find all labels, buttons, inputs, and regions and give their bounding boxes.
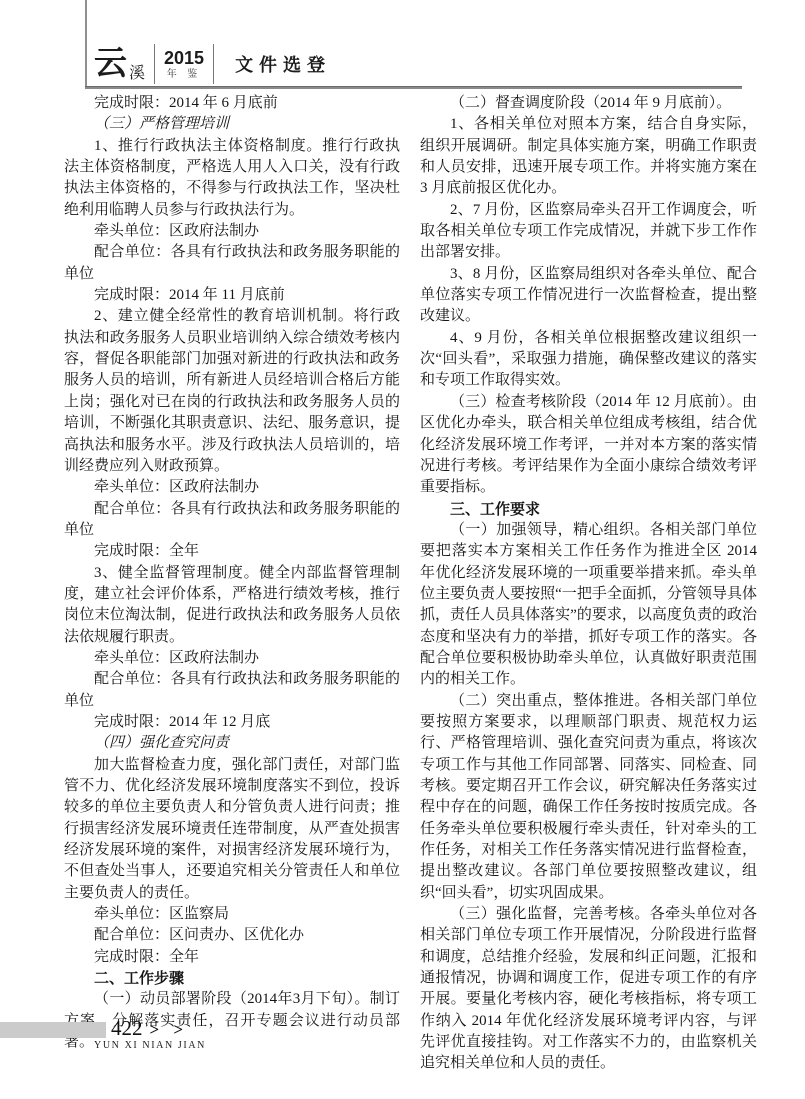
logo-sub-char: 溪 bbox=[129, 60, 145, 86]
paragraph: 3、健全监督管理制度。健全内部监督管理制度，建立社会评价体系，严格进行绩效考核，… bbox=[64, 563, 400, 648]
paragraph: 2、建立健全经常性的教育培训机制。将行政执法和政务服务人员职业培训纳入综合绩效考… bbox=[64, 306, 400, 477]
yearbook-label: 年 鉴 bbox=[167, 70, 202, 80]
paragraph: （二）督查调度阶段（2014 年 9 月底前）。 bbox=[420, 93, 757, 114]
deadline-line: 完成时限：2014 年 11 月底前 bbox=[64, 285, 400, 306]
paragraph: 加大监督检查力度，强化部门责任，对部门监管不力、优化经济发展环境制度落实不到位，… bbox=[64, 755, 400, 904]
paragraph: （二）突出重点，整体推进。各相关部门单位要按照方案要求，以理顺部门职责、规范权力… bbox=[420, 691, 757, 904]
paragraph: 1、推行行政执法主体资格制度。推行行政执法主体资格制度，严格选人用人入口关，没有… bbox=[64, 136, 400, 221]
lead-unit-line: 牵头单位：区政府法制办 bbox=[64, 221, 400, 242]
yearbook-pinyin: YUN XI NIAN JIAN bbox=[94, 1040, 206, 1051]
paragraph: 4、9 月份，各相关单位根据整改建议组织一次“回头看”，采取强力措施，确保整改建… bbox=[420, 328, 757, 392]
deadline-line: 完成时限：全年 bbox=[64, 947, 400, 968]
support-unit-line: 配合单位：各具有行政执法和政务服务职能的单位 bbox=[64, 242, 400, 285]
header-vertical-rule bbox=[85, 0, 87, 86]
left-column: 完成时限：2014 年 6 月底前 （三）严格管理培训 1、推行行政执法主体资格… bbox=[64, 93, 400, 1053]
logo-main-char: 云 bbox=[94, 48, 127, 81]
deadline-line: 完成时限：全年 bbox=[64, 541, 400, 562]
header-divider bbox=[154, 44, 155, 84]
header-horizontal-rule bbox=[85, 86, 742, 89]
page-section-title: 文件选登 bbox=[235, 51, 331, 77]
lead-unit-line: 牵头单位：区政府法制办 bbox=[64, 648, 400, 669]
page-arrows: > > bbox=[150, 1021, 189, 1038]
header-divider bbox=[213, 44, 214, 84]
support-unit-line: 配合单位：各具有行政执法和政务服务职能的单位 bbox=[64, 499, 400, 542]
yearbook-year-block: 2015 年 鉴 bbox=[164, 49, 204, 80]
section-heading: 二、工作步骤 bbox=[64, 968, 400, 989]
lead-unit-line: 牵头单位：区监察局 bbox=[64, 904, 400, 925]
paragraph: 3、8 月份，区监察局组织对各牵头单位、配合单位落实专项工作情况进行一次监督检查… bbox=[420, 264, 757, 328]
page-number-block: 422 > > bbox=[111, 1018, 188, 1039]
support-unit-line: 配合单位：区问责办、区优化办 bbox=[64, 925, 400, 946]
page-header: 云 溪 2015 年 鉴 文件选登 bbox=[94, 42, 331, 86]
yearbook-page: 云 溪 2015 年 鉴 文件选登 完成时限：2014 年 6 月底前 （三）严… bbox=[0, 0, 805, 1099]
deadline-line: 完成时限：2014 年 12 月底 bbox=[64, 712, 400, 733]
deadline-line: 完成时限：2014 年 6 月底前 bbox=[64, 93, 400, 114]
subsection-heading: （三）严格管理培训 bbox=[64, 114, 400, 135]
paragraph: （一）加强领导，精心组织。各相关部门单位要把落实本方案相关工作任务作为推进全区 … bbox=[420, 520, 757, 691]
paragraph: 1、各相关单位对照本方案，结合自身实际，组织开展调研。制定具体实施方案，明确工作… bbox=[420, 114, 757, 199]
footer-bar bbox=[0, 1022, 106, 1038]
paragraph: 2、7 月份，区监察局牵头召开工作调度会，听取各相关单位专项工作完成情况，并就下… bbox=[420, 200, 757, 264]
yearbook-year: 2015 bbox=[164, 49, 204, 67]
paragraph: （三）强化监督，完善考核。各牵头单位对各相关部门单位专项工作开展情况，分阶段进行… bbox=[420, 904, 757, 1075]
lead-unit-line: 牵头单位：区政府法制办 bbox=[64, 477, 400, 498]
page-number: 422 bbox=[111, 1018, 143, 1039]
section-heading: 三、工作要求 bbox=[420, 499, 757, 520]
subsection-heading: （四）强化查究问责 bbox=[64, 733, 400, 754]
support-unit-line: 配合单位：各具有行政执法和政务服务职能的单位 bbox=[64, 669, 400, 712]
paragraph: （三）检查考核阶段（2014 年 12 月底前）。由区优化办牵头，联合相关单位组… bbox=[420, 392, 757, 499]
right-column: （二）督查调度阶段（2014 年 9 月底前）。 1、各相关单位对照本方案，结合… bbox=[420, 93, 757, 1075]
